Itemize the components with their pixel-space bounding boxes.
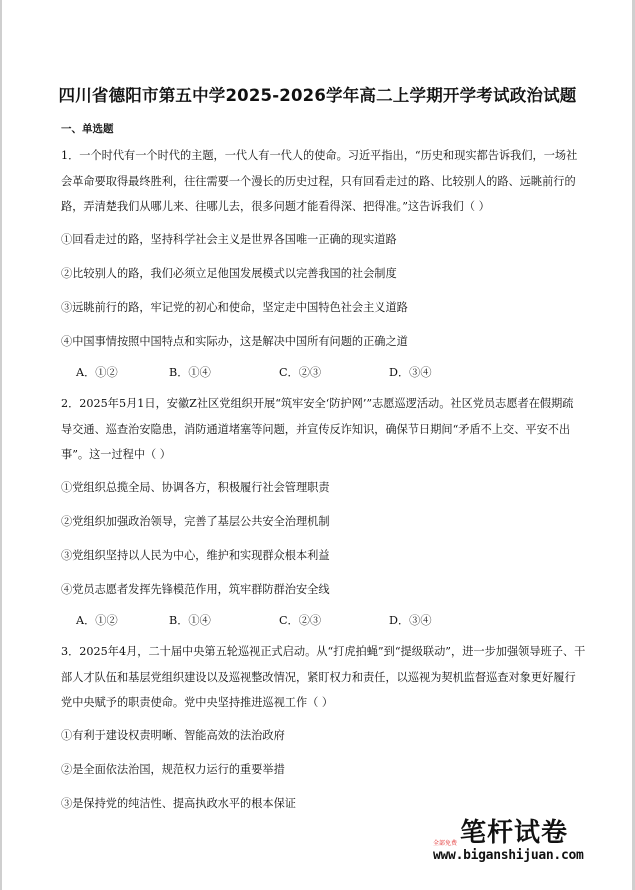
option-a[interactable]: A．①②: [76, 614, 118, 628]
question-stem-line: 导交通、巡查治安隐患，消防通道堵塞等问题，并宣传反诈知识，确保节日期间“矛盾不上…: [61, 423, 570, 437]
statement: ④党员志愿者发挥先锋模范作用，筑牢群防群治安全线: [61, 583, 330, 597]
page-border-left: [0, 0, 2, 890]
option-b[interactable]: B．①④: [169, 614, 211, 628]
question-stem-line: 事”。这一过程中（ ）: [61, 448, 171, 462]
statement: ③远眺前行的路，牢记党的初心和使命，坚定走中国特色社会主义道路: [61, 301, 408, 315]
statement: ④中国事情按照中国特点和实际办，这是解决中国所有问题的正确之道: [61, 335, 408, 349]
page-title: 四川省德阳市第五中学2025-2026学年高二上学期开学考试政治试题: [0, 82, 635, 106]
statement: ②是全面依法治国，规范权力运行的重要举措: [61, 763, 285, 777]
option-c[interactable]: C．②③: [279, 366, 321, 380]
question-stem-line: 部人才队伍和基层党组织建设以及巡视整改情况，紧盯权力和责任，以巡视为契机监督巡查…: [61, 671, 576, 685]
question-stem-line: 2．2025年5月1日，安徽Z社区党组织开展“筑牢安全‘防护网’”志愿巡逻活动。…: [61, 397, 573, 411]
option-b[interactable]: B．①④: [169, 366, 211, 380]
statement: ①党组织总揽全局、协调各方，积极履行社会管理职责: [61, 481, 330, 495]
statement: ①回看走过的路，坚持科学社会主义是世界各国唯一正确的现实道路: [61, 233, 397, 247]
statement: ①有利于建设权责明晰、智能高效的法治政府: [61, 729, 285, 743]
statement: ②比较别人的路，我们必须立足他国发展模式以完善我国的社会制度: [61, 267, 397, 281]
watermark-url: www.biganshijuan.com: [433, 848, 584, 863]
option-c[interactable]: C．②③: [279, 614, 321, 628]
question-stem-line: 1．一个时代有一个时代的主题，一代人有一代人的使命。习近平指出，“历史和现实都告…: [61, 149, 577, 163]
statement: ②党组织加强政治领导，完善了基层公共安全治理机制: [61, 515, 330, 529]
section-heading: 一、单选题: [61, 121, 114, 136]
question-stem-line: 路，弄清楚我们从哪儿来、往哪儿去，很多问题才能看得深、把得准。”这告诉我们（ ）: [61, 200, 490, 214]
option-d[interactable]: D．③④: [389, 366, 432, 380]
statement: ③是保持党的纯洁性、提高执政水平的根本保证: [61, 797, 296, 811]
question-stem-line: 会革命要取得最终胜利，往往需要一个漫长的历史过程，只有回看走过的路、比较别人的路…: [61, 175, 576, 189]
watermark-tag: 全部免费: [433, 838, 457, 847]
question-stem-line: 党中央赋予的职责使命。党中央坚持推进巡视工作（ ）: [61, 696, 333, 710]
watermark-brand: 笔杆试卷: [460, 818, 568, 848]
option-d[interactable]: D．③④: [389, 614, 432, 628]
question-stem-line: 3．2025年4月，二十届中央第五轮巡视正式启动。从“打虎拍蝇”到“提级联动”，…: [61, 645, 585, 659]
statement: ③党组织坚持以人民为中心，维护和实现群众根本利益: [61, 549, 330, 563]
option-a[interactable]: A．①②: [76, 366, 118, 380]
